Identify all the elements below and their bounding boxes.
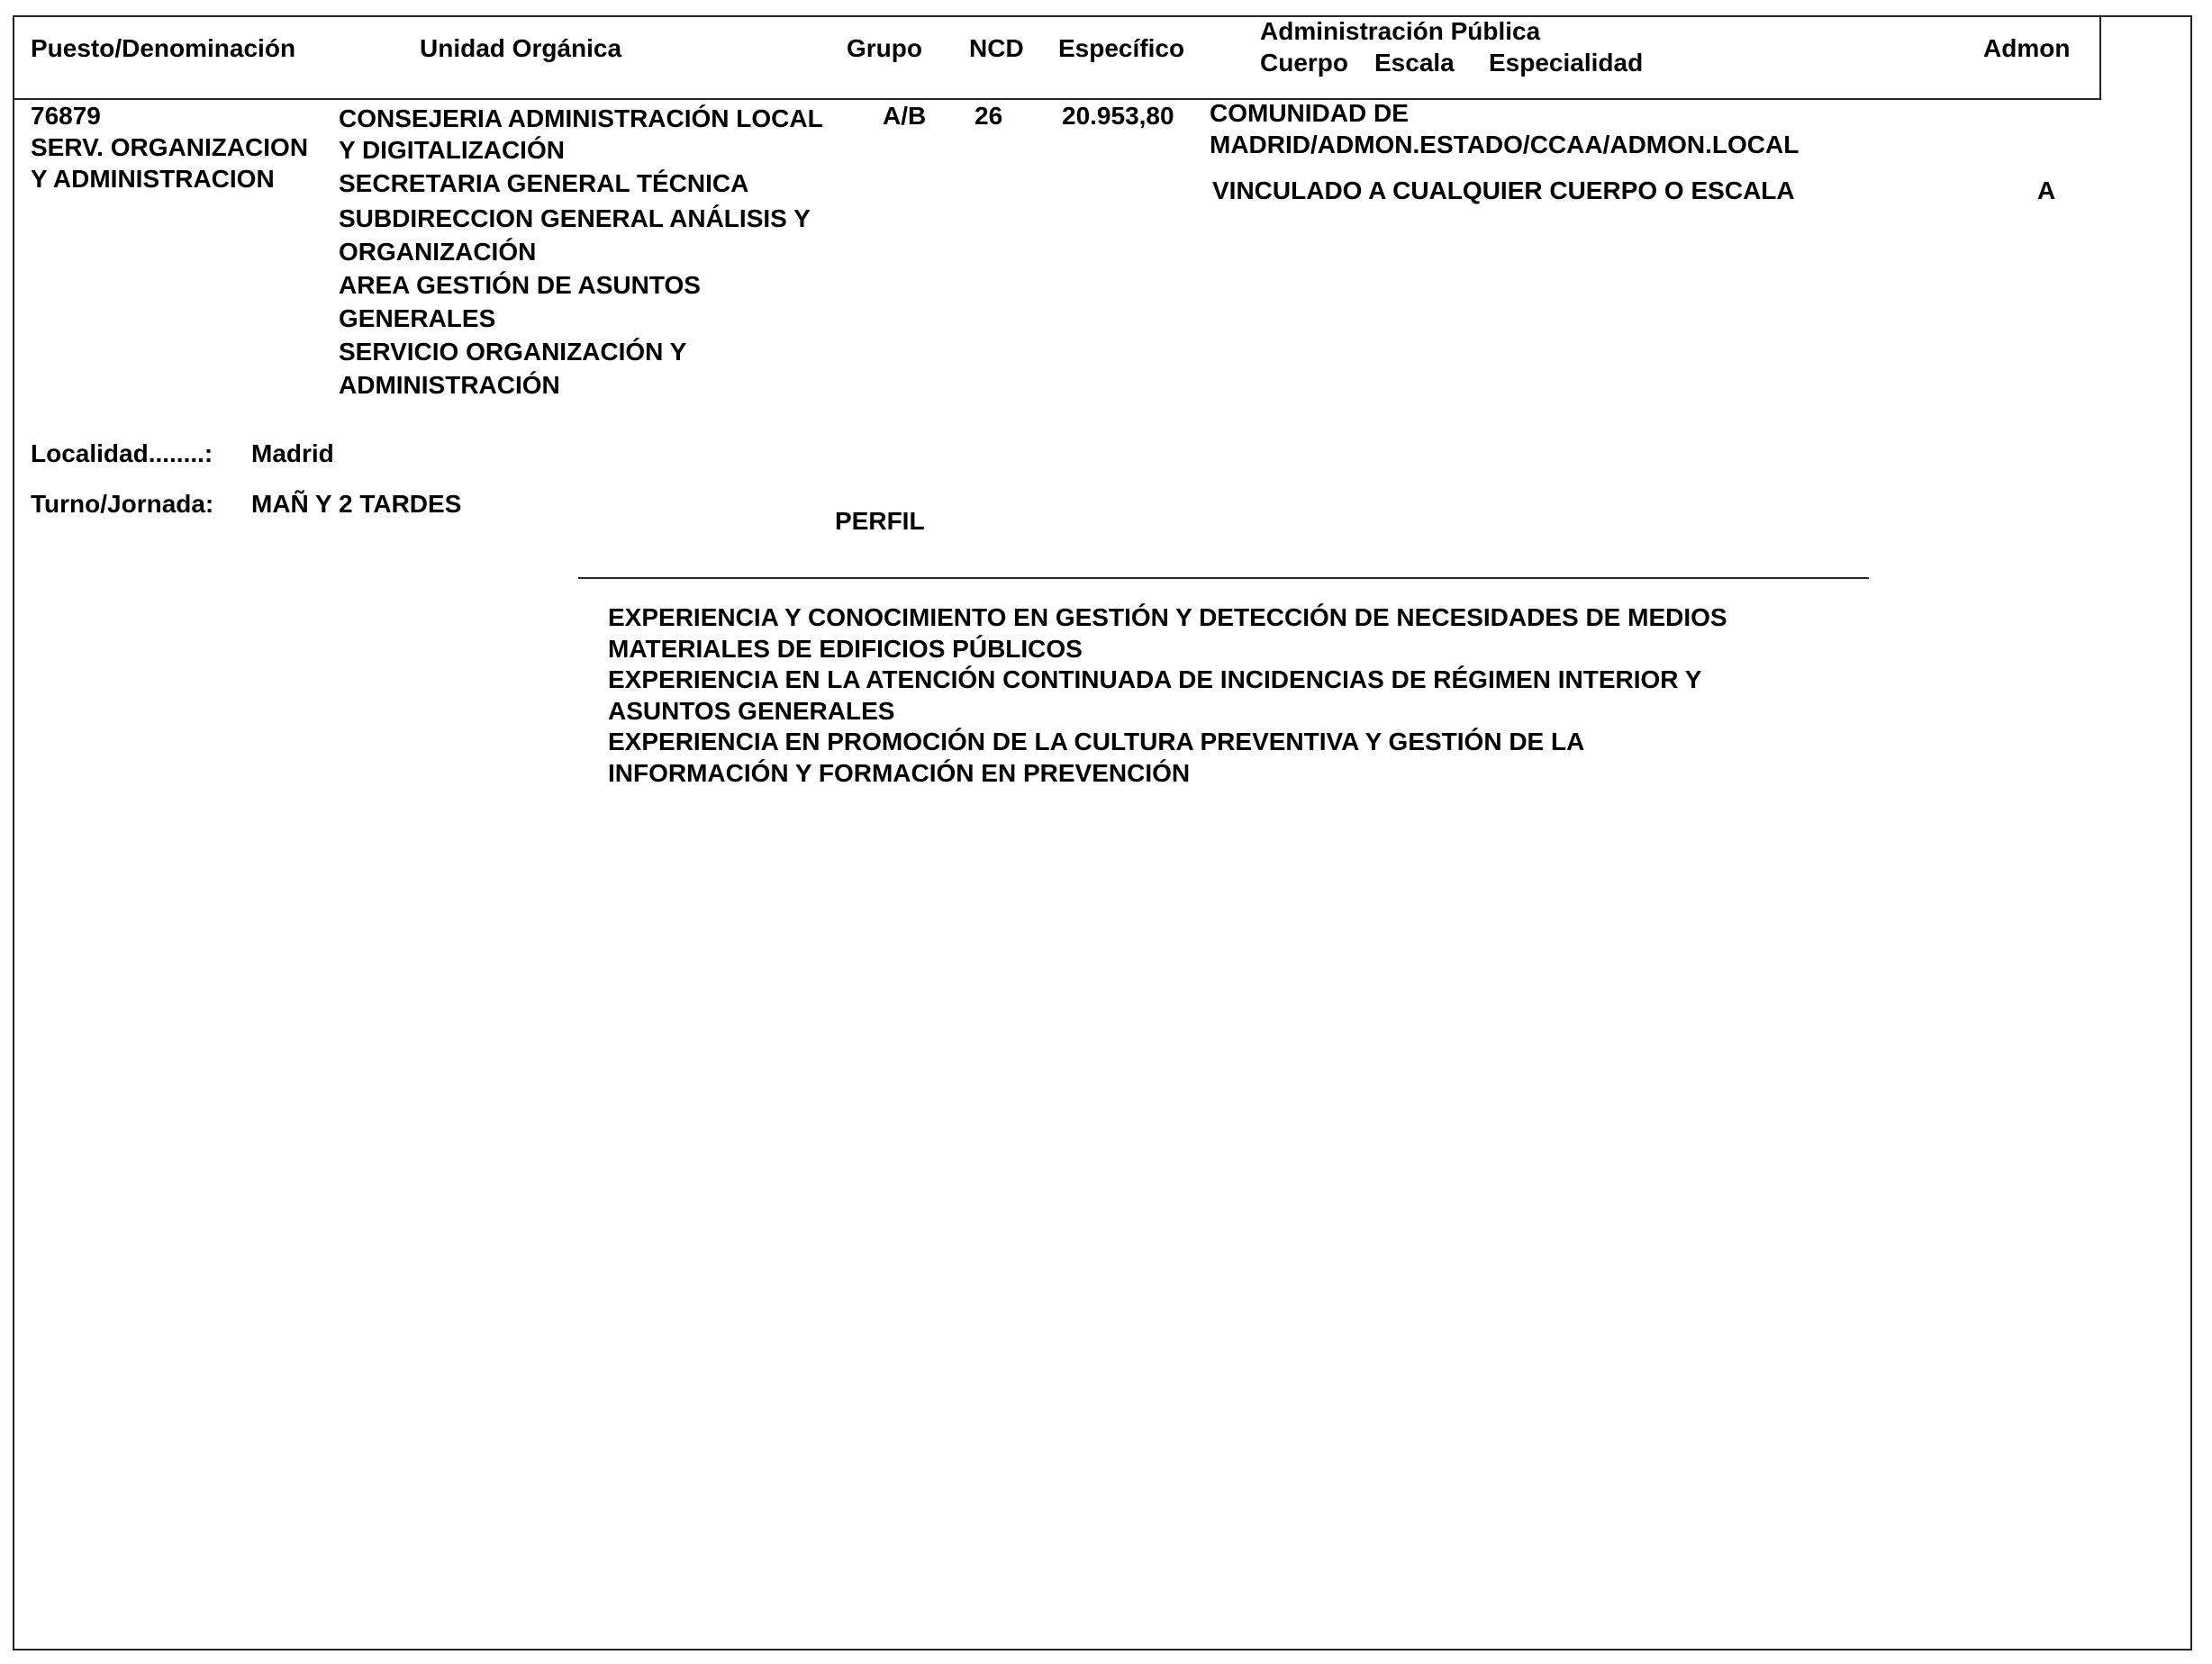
especifico-value: 20.953,80 [1062, 104, 1174, 129]
administracion-publica-line: COMUNIDAD DE [1210, 97, 1799, 129]
admon-value: A [2037, 178, 2055, 203]
unidad-subdireccion-cont: ORGANIZACIÓN [339, 236, 823, 267]
header-especialidad: Especialidad [1489, 50, 1643, 76]
localidad-value: Madrid [251, 441, 334, 466]
header-admon: Admon [1983, 36, 2070, 61]
unidad-consejeria-cont: Y DIGITALIZACIÓN [339, 134, 823, 166]
unidad-area: AREA GESTIÓN DE ASUNTOS [339, 267, 823, 303]
unidad-servicio-cont: ADMINISTRACIÓN [339, 369, 823, 401]
header-cuerpo: Cuerpo [1260, 50, 1348, 76]
puesto-codigo: 76879 [31, 104, 101, 129]
perfil-requirements: EXPERIENCIA Y CONOCIMIENTO EN GESTIÓN Y … [608, 602, 1727, 789]
perfil-line: MATERIALES DE EDIFICIOS PÚBLICOS [608, 634, 1727, 665]
header-especifico: Específico [1058, 36, 1184, 61]
puesto-denominacion-line: SERV. ORGANIZACION [31, 131, 308, 163]
header-puesto-denominacion: Puesto/Denominación [31, 36, 295, 61]
turno-label: Turno/Jornada: [31, 492, 213, 517]
localidad-label: Localidad........: [31, 441, 213, 466]
perfil-line: EXPERIENCIA Y CONOCIMIENTO EN GESTIÓN Y … [608, 602, 1727, 634]
perfil-line: INFORMACIÓN Y FORMACIÓN EN PREVENCIÓN [608, 758, 1727, 790]
header-ncd: NCD [969, 36, 1024, 61]
ncd-value: 26 [975, 104, 1002, 129]
header-administracion-publica: Administración Pública [1260, 19, 1540, 44]
perfil-line: EXPERIENCIA EN LA ATENCIÓN CONTINUADA DE… [608, 665, 1727, 696]
unidad-consejeria: CONSEJERIA ADMINISTRACIÓN LOCAL [339, 103, 823, 134]
administracion-publica-line: MADRID/ADMON.ESTADO/CCAA/ADMON.LOCAL [1210, 129, 1799, 160]
perfil-divider [578, 577, 1869, 579]
administracion-publica-value: COMUNIDAD DE MADRID/ADMON.ESTADO/CCAA/AD… [1210, 97, 1799, 160]
unidad-area-cont: GENERALES [339, 303, 823, 334]
cuerpo-escala-value: VINCULADO A CUALQUIER CUERPO O ESCALA [1212, 178, 1795, 203]
header-grupo: Grupo [847, 36, 922, 61]
unidad-servicio: SERVICIO ORGANIZACIÓN Y [339, 334, 823, 369]
perfil-line: EXPERIENCIA EN PROMOCIÓN DE LA CULTURA P… [608, 727, 1727, 758]
unidad-subdireccion: SUBDIRECCION GENERAL ANÁLISIS Y [339, 201, 823, 236]
header-unidad-organica: Unidad Orgánica [420, 36, 621, 61]
table-header [13, 15, 2101, 100]
puesto-denominacion-line: Y ADMINISTRACION [31, 163, 308, 194]
turno-value: MAÑ Y 2 TARDES [251, 492, 461, 517]
puesto-denominacion: SERV. ORGANIZACION Y ADMINISTRACION [31, 131, 308, 194]
unidad-secretaria: SECRETARIA GENERAL TÉCNICA [339, 166, 823, 201]
header-escala: Escala [1374, 50, 1455, 76]
perfil-title: PERFIL [835, 509, 925, 534]
perfil-line: ASUNTOS GENERALES [608, 696, 1727, 728]
grupo-value: A/B [883, 104, 926, 129]
unidad-organica: CONSEJERIA ADMINISTRACIÓN LOCAL Y DIGITA… [339, 103, 823, 401]
